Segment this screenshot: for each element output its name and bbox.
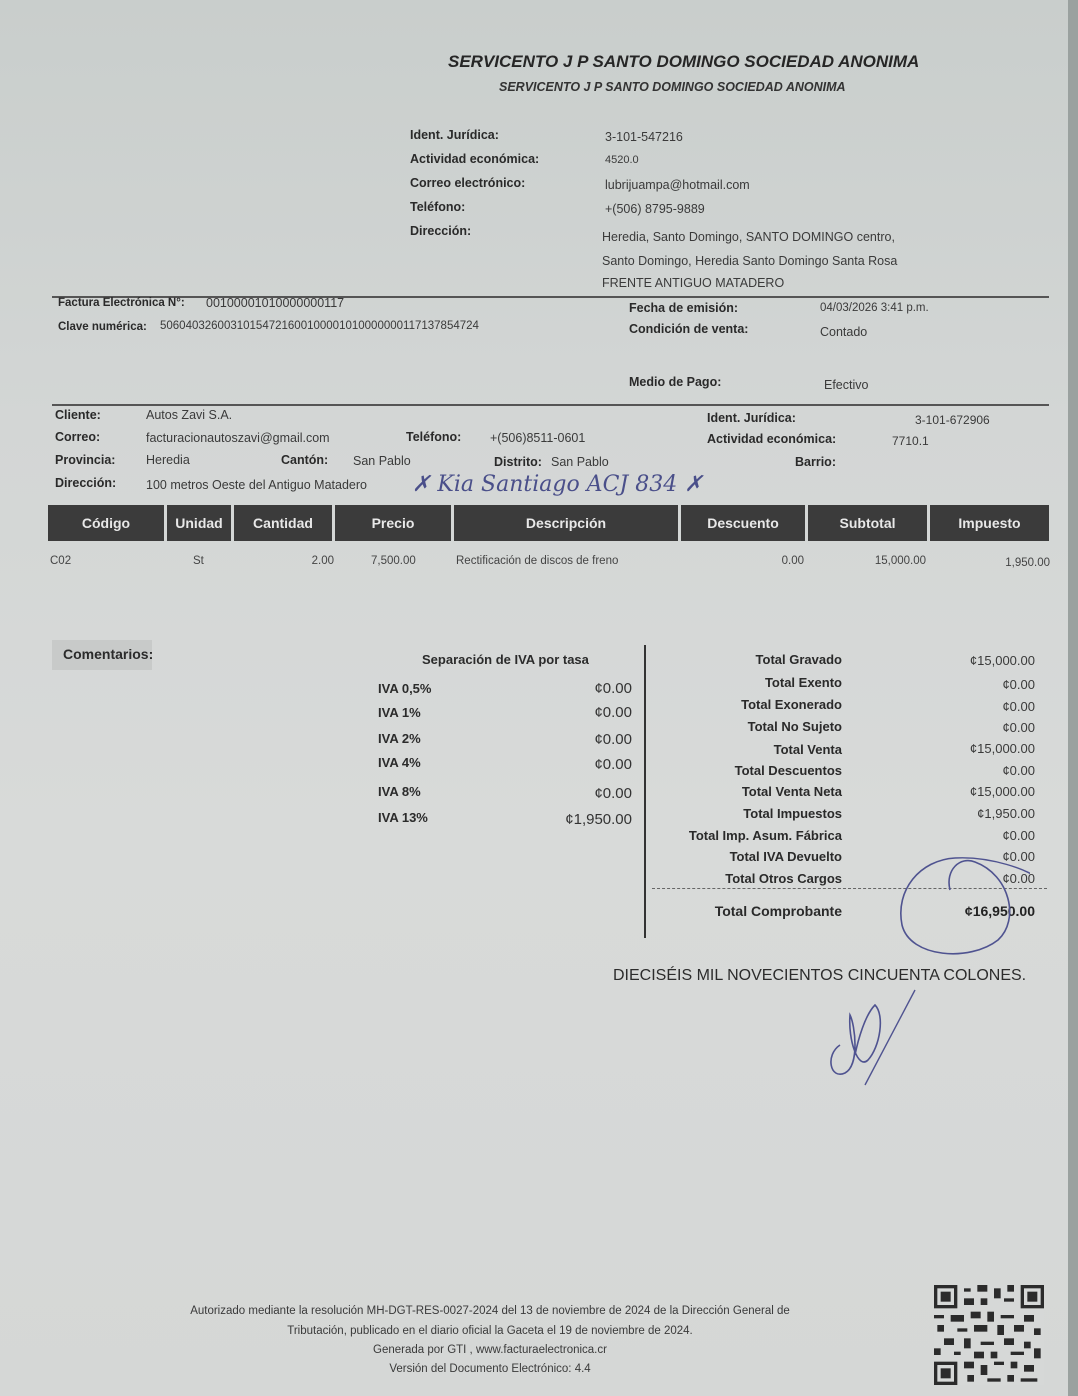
signature bbox=[820, 985, 940, 1095]
divider bbox=[52, 404, 1049, 406]
total-value: ¢0.00 bbox=[915, 763, 1035, 778]
divider bbox=[52, 296, 1049, 298]
total-value: ¢15,000.00 bbox=[915, 653, 1035, 668]
client-address-value: 100 metros Oeste del Antiguo Matadero bbox=[146, 478, 367, 492]
total-label: Total Exento bbox=[642, 675, 842, 690]
col-header-tax: Impuesto bbox=[930, 505, 1049, 541]
iva-label: IVA 1% bbox=[378, 705, 421, 720]
handwritten-note: ✗ Kia Santiago ACJ 834 ✗ bbox=[412, 472, 703, 497]
iva-label: IVA 0,5% bbox=[378, 681, 431, 696]
cell-tax: 1,950.00 bbox=[930, 557, 1050, 569]
col-header-price: Precio bbox=[335, 505, 451, 541]
footer-line3: Generada por GTI , www.facturaelectronic… bbox=[160, 1344, 820, 1356]
total-label: Total No Sujeto bbox=[642, 719, 842, 734]
issuer-address-line3: FRENTE ANTIGUO MATADERO bbox=[602, 276, 784, 290]
invoice-number-value: 00100001010000000117 bbox=[206, 296, 344, 310]
issuer-ident-value: 3-101-547216 bbox=[605, 130, 683, 144]
total-value: ¢15,000.00 bbox=[915, 741, 1035, 756]
cell-quantity: 2.00 bbox=[234, 555, 334, 567]
iva-value: ¢0.00 bbox=[512, 785, 632, 802]
date-label: Fecha de emisión: bbox=[629, 301, 738, 315]
client-email-value: facturacionautoszavi@gmail.com bbox=[146, 431, 330, 445]
total-value: ¢0.00 bbox=[915, 677, 1035, 692]
client-canton-label: Cantón: bbox=[281, 453, 328, 467]
client-district-label: Distrito: bbox=[494, 455, 542, 469]
col-header-quantity: Cantidad bbox=[234, 505, 332, 541]
pen-circle bbox=[880, 850, 1030, 970]
cell-price: 7,500.00 bbox=[371, 555, 416, 567]
iva-label: IVA 4% bbox=[378, 755, 421, 770]
issuer-phone-value: +(506) 8795-9889 bbox=[605, 202, 705, 216]
issuer-activity-value: 4520.0 bbox=[605, 154, 639, 166]
total-label: Total Descuentos bbox=[642, 763, 842, 778]
footer-line4: Versión del Documento Electrónico: 4.4 bbox=[160, 1363, 820, 1375]
issuer-ident-label: Ident. Jurídica: bbox=[410, 128, 499, 142]
iva-value: ¢0.00 bbox=[512, 704, 632, 721]
footer-line1: Autorizado mediante la resolución MH-DGT… bbox=[160, 1305, 820, 1317]
total-label: Total IVA Devuelto bbox=[642, 849, 842, 864]
client-phone-value: +(506)8511-0601 bbox=[490, 431, 585, 445]
client-activity-value: 7710.1 bbox=[892, 434, 929, 448]
col-header-discount: Descuento bbox=[681, 505, 805, 541]
invoice-key-label: Clave numérica: bbox=[58, 321, 147, 333]
iva-label: IVA 2% bbox=[378, 731, 421, 746]
client-canton-value: San Pablo bbox=[353, 454, 411, 468]
invoice-number-label: Factura Electrónica N°: bbox=[58, 297, 185, 309]
total-value: ¢0.00 bbox=[915, 699, 1035, 714]
total-value: ¢0.00 bbox=[915, 828, 1035, 843]
comments-label: Comentarios: bbox=[63, 646, 153, 662]
total-label: Total Imp. Asum. Fábrica bbox=[642, 828, 842, 843]
cell-code: C02 bbox=[50, 555, 71, 567]
client-district-value: San Pablo bbox=[551, 455, 609, 469]
issuer-address-line2: Santo Domingo, Heredia Santo Domingo San… bbox=[602, 254, 897, 268]
col-header-description: Descripción bbox=[454, 505, 678, 541]
total-label: Total Impuestos bbox=[642, 806, 842, 821]
total-value: ¢0.00 bbox=[915, 720, 1035, 735]
grand-total-label: Total Comprobante bbox=[642, 903, 842, 919]
client-activity-label: Actividad económica: bbox=[707, 432, 836, 446]
iva-value: ¢1,950.00 bbox=[512, 811, 632, 828]
total-value: ¢15,000.00 bbox=[915, 784, 1035, 799]
total-value: ¢1,950.00 bbox=[915, 806, 1035, 821]
issuer-activity-label: Actividad económica: bbox=[410, 152, 539, 166]
total-label: Total Gravado bbox=[642, 652, 842, 667]
col-header-unit: Unidad bbox=[167, 505, 231, 541]
condition-value: Contado bbox=[820, 325, 867, 339]
payment-label: Medio de Pago: bbox=[629, 375, 721, 389]
issuer-address-line1: Heredia, Santo Domingo, SANTO DOMINGO ce… bbox=[602, 230, 895, 244]
cell-discount: 0.00 bbox=[700, 555, 804, 567]
invoice-key-value: 5060403260031015472160010000101000000011… bbox=[160, 320, 479, 332]
cell-subtotal: 15,000.00 bbox=[808, 555, 926, 567]
issuer-email-value: lubrijuampa@hotmail.com bbox=[605, 178, 750, 192]
client-address-label: Dirección: bbox=[55, 476, 116, 490]
client-name-label: Cliente: bbox=[55, 408, 101, 422]
cell-description: Rectificación de discos de freno bbox=[456, 555, 618, 567]
total-label: Total Venta bbox=[642, 742, 842, 757]
iva-value: ¢0.00 bbox=[512, 731, 632, 748]
condition-label: Condición de venta: bbox=[629, 322, 748, 336]
client-ident-value: 3-101-672906 bbox=[915, 413, 990, 427]
client-neighborhood-label: Barrio: bbox=[795, 455, 836, 469]
iva-label: IVA 8% bbox=[378, 784, 421, 799]
total-label: Total Exonerado bbox=[642, 697, 842, 712]
client-name-value: Autos Zavi S.A. bbox=[146, 408, 232, 422]
client-ident-label: Ident. Jurídica: bbox=[707, 411, 796, 425]
issuer-phone-label: Teléfono: bbox=[410, 200, 465, 214]
client-email-label: Correo: bbox=[55, 430, 100, 444]
company-name: SERVICENTO J P SANTO DOMINGO SOCIEDAD AN… bbox=[448, 52, 919, 72]
issuer-address-label: Dirección: bbox=[410, 224, 471, 238]
client-phone-label: Teléfono: bbox=[406, 430, 461, 444]
issuer-email-label: Correo electrónico: bbox=[410, 176, 525, 190]
company-subname: SERVICENTO J P SANTO DOMINGO SOCIEDAD AN… bbox=[499, 80, 846, 94]
page-edge bbox=[1068, 0, 1078, 1396]
col-header-code: Código bbox=[48, 505, 164, 541]
col-header-subtotal: Subtotal bbox=[808, 505, 927, 541]
iva-value: ¢0.00 bbox=[512, 756, 632, 773]
date-value: 04/03/2026 3:41 p.m. bbox=[820, 302, 929, 314]
total-label: Total Venta Neta bbox=[642, 784, 842, 799]
iva-label: IVA 13% bbox=[378, 810, 428, 825]
cell-unit: St bbox=[193, 555, 204, 567]
client-province-value: Heredia bbox=[146, 453, 190, 467]
payment-value: Efectivo bbox=[824, 378, 868, 392]
qr-code-icon bbox=[934, 1285, 1044, 1385]
client-province-label: Provincia: bbox=[55, 453, 115, 467]
total-label: Total Otros Cargos bbox=[642, 871, 842, 886]
iva-value: ¢0.00 bbox=[512, 680, 632, 697]
iva-breakdown-title: Separación de IVA por tasa bbox=[422, 652, 589, 667]
footer-line2: Tributación, publicado en el diario ofic… bbox=[160, 1325, 820, 1337]
